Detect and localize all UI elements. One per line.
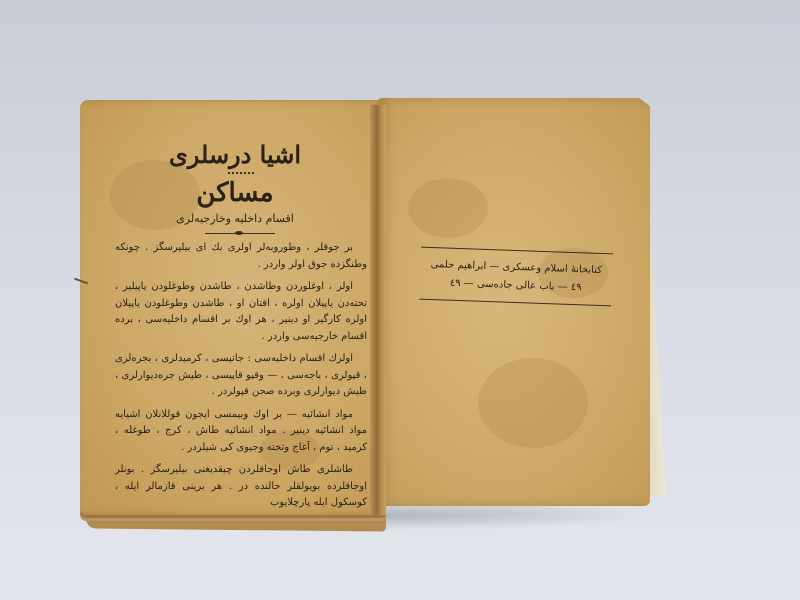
ornament-divider bbox=[205, 233, 275, 234]
stamp-line-2: ٤٩ — باب عالی جاده‌سی — ٤٩ bbox=[420, 277, 612, 295]
section-heading: مساکن bbox=[160, 178, 310, 208]
paragraph: مواد انشائیه — بر اوك وبیمسی ایجون قوللا… bbox=[115, 407, 367, 457]
paper-stain bbox=[408, 178, 488, 238]
book-gutter bbox=[370, 105, 386, 515]
paragraph: طاشلری طاش اوجاقلردن چیقدیغنی بیلیرسگز .… bbox=[115, 462, 367, 512]
page-title: اشیا درسلری bbox=[150, 140, 320, 169]
photo-scene: اشیا درسلری مساکن اقسام داخلیه وخارجیه‌ل… bbox=[0, 0, 800, 600]
dotted-divider bbox=[228, 172, 254, 174]
bookseller-stamp: کتابخانهٔ اسلام وعسکری — ابراهیم حلمی ٤٩… bbox=[419, 247, 613, 310]
paper-stain bbox=[478, 358, 588, 448]
body-text: بر جوقلر ، وطوروبه‌لر اولری بك ای بیلیرس… bbox=[115, 240, 367, 518]
stamp-line-1: کتابخانهٔ اسلام وعسکری — ابراهیم حلمی bbox=[420, 259, 612, 277]
paragraph: بر جوقلر ، وطوروبه‌لر اولری بك ای بیلیرس… bbox=[115, 240, 367, 273]
section-subtitle: اقسام داخلیه وخارجیه‌لری bbox=[150, 212, 320, 225]
paragraph: اولرك اقسام داخلیه‌سی : جاتیسی ، کرمیدلر… bbox=[115, 351, 367, 401]
paragraph: اولر ، اوغلوردن وطاشدن ، طاشدن وطوغلودن … bbox=[115, 279, 367, 345]
